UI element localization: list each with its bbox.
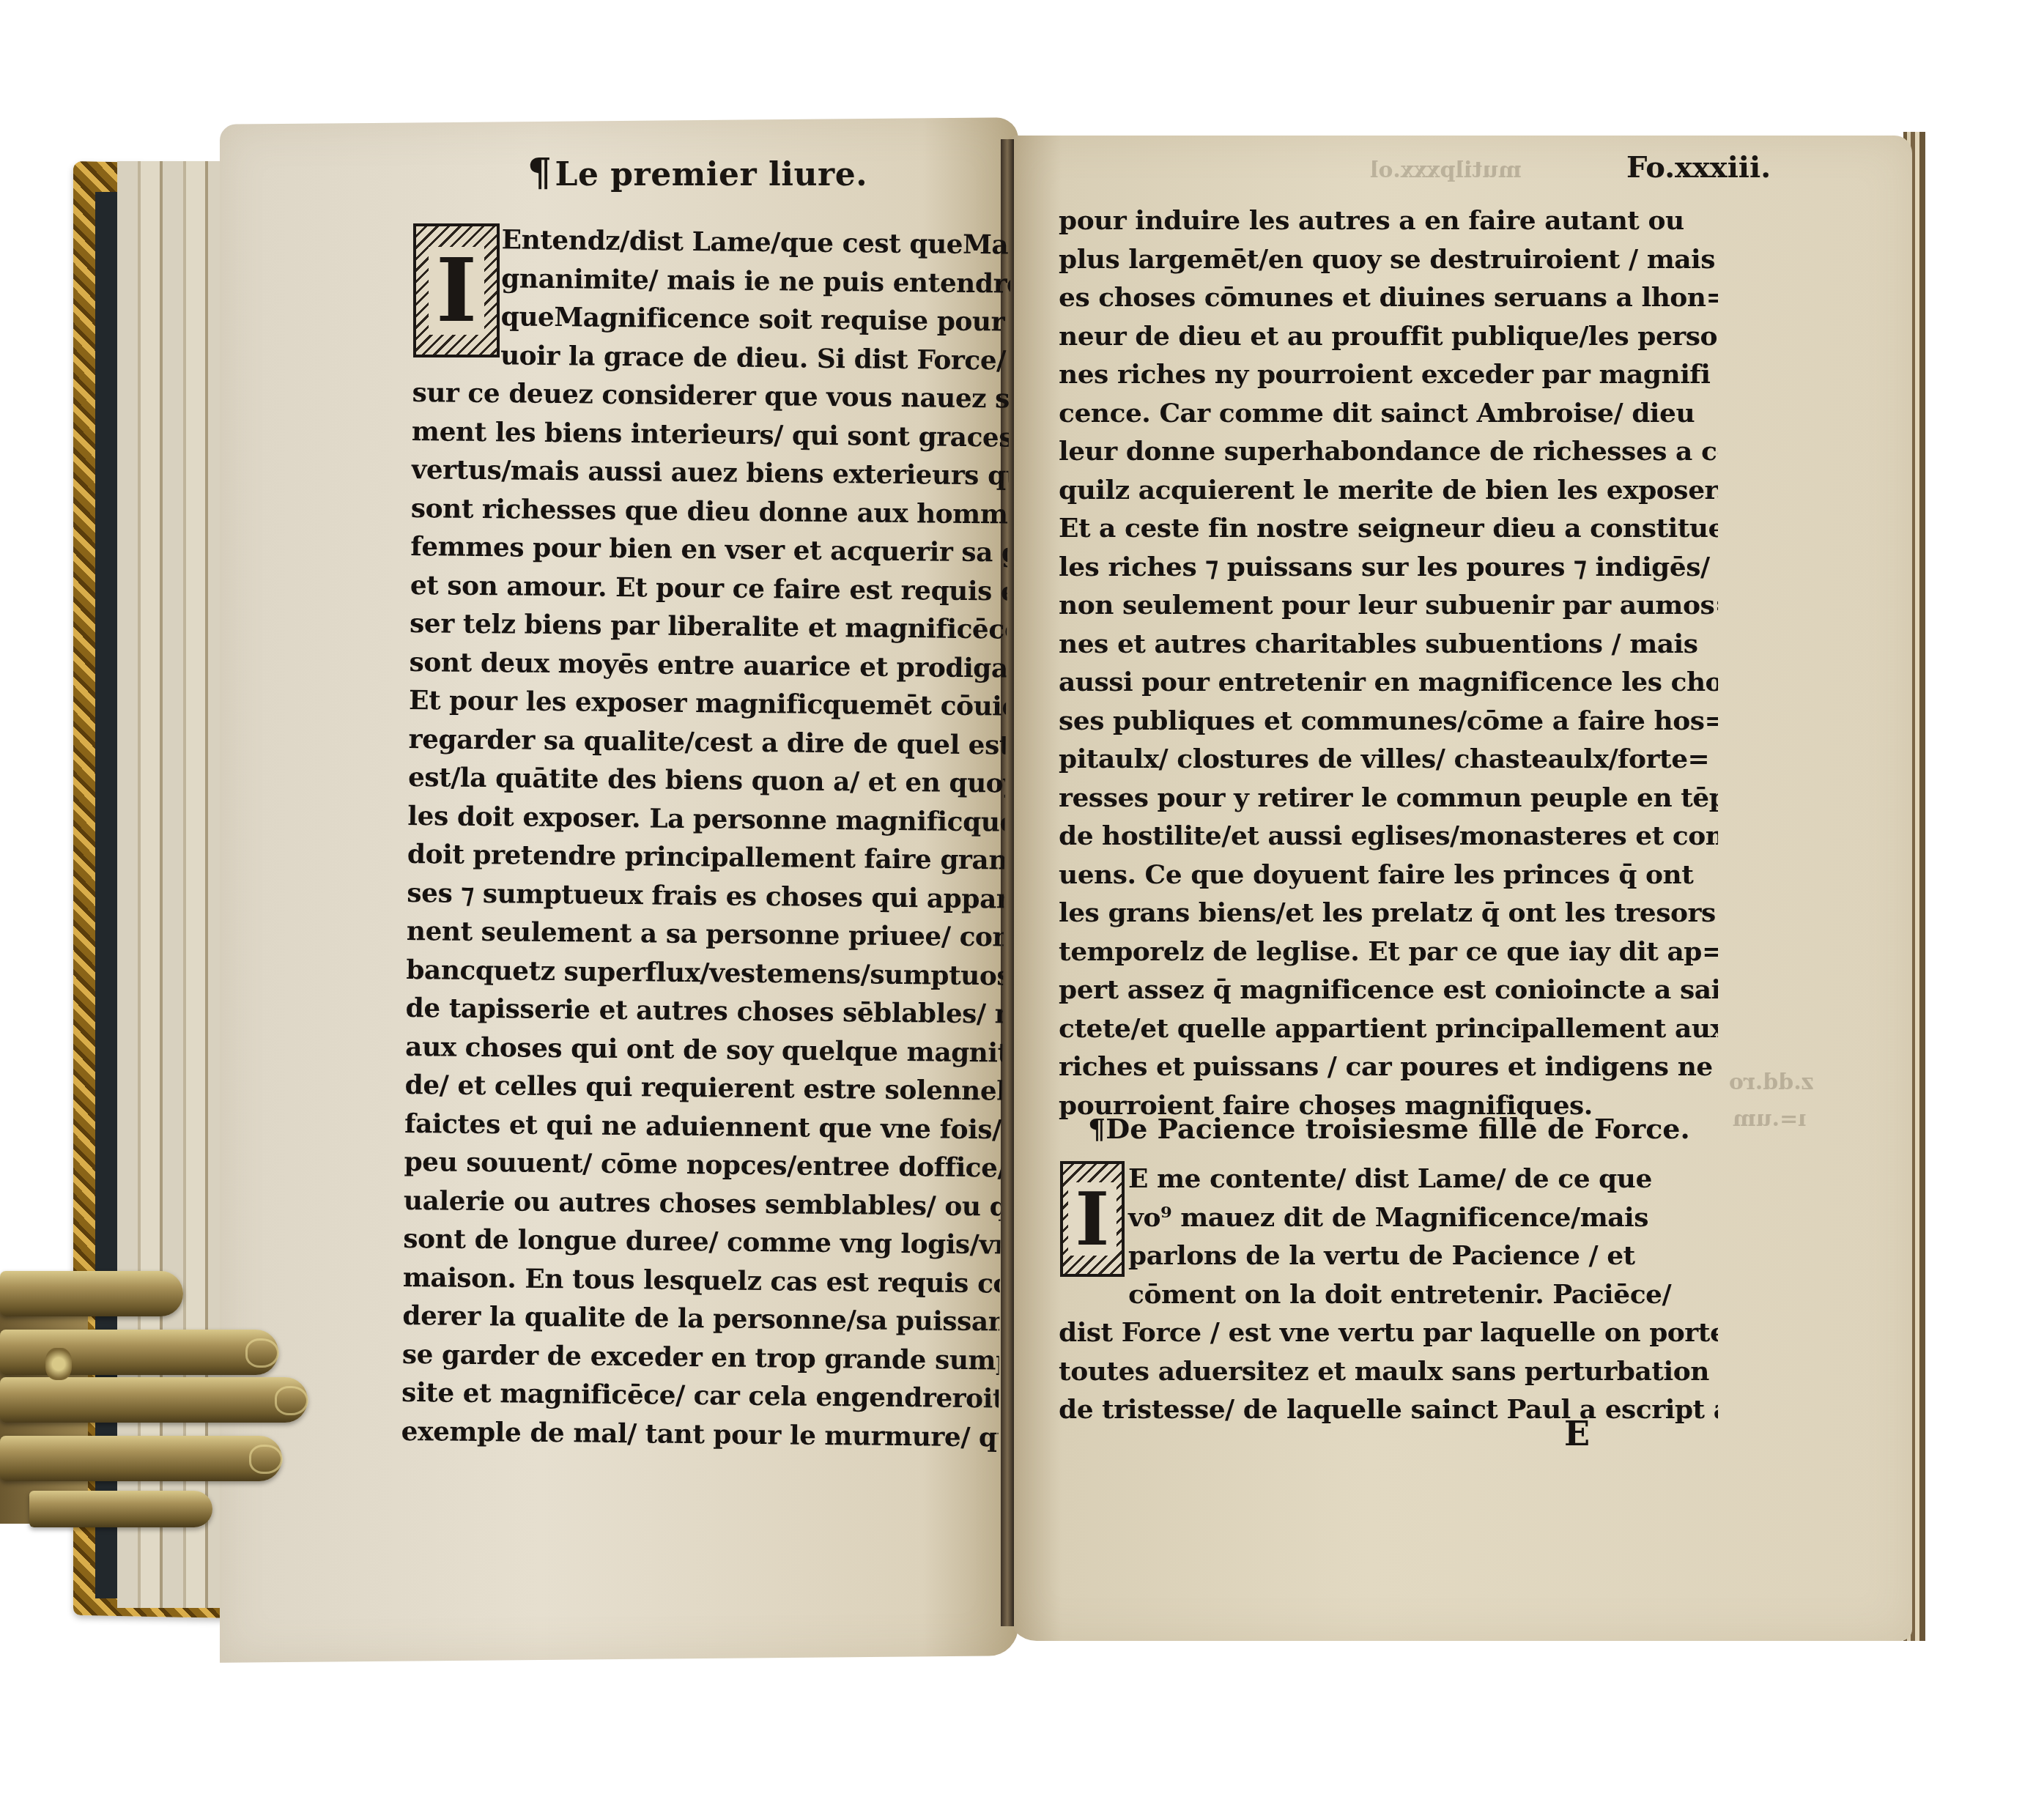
text-line: vertus/mais aussi auez biens exterieurs … <box>411 451 1009 495</box>
text-line: aux choses qui ont de soy quelque magnit… <box>405 1027 1003 1072</box>
text-line: bancquetz superflux/vestemens/sumptuosit… <box>406 950 1004 995</box>
text-line: nes riches ny pourroient exceder par mag… <box>1059 355 1718 394</box>
text-line: site et magnificēce/ car cela engendrero… <box>401 1374 999 1418</box>
folio-number: Fo.xxxiii. <box>1626 150 1771 185</box>
text-line: uoir la grace de dieu. Si dist Force/ et <box>412 335 1010 379</box>
text-line: femmes pour bien en vser et acquerir sa … <box>410 527 1008 572</box>
ring-finger <box>0 1436 282 1481</box>
text-line: sont de longue duree/ comme vng logis/vn… <box>403 1220 1001 1264</box>
text-line: nent seulement a sa personne priuee/ com… <box>407 912 1004 957</box>
signature-mark: E <box>1564 1414 1590 1453</box>
text-line: exemple de mal/ tant pour le murmure/ qu… <box>401 1412 999 1456</box>
text-line: queMagnificence soit requise pour a <box>412 297 1010 341</box>
thumb <box>0 1271 183 1316</box>
text-line: parlons de la vertu de Pacience / et <box>1059 1237 1718 1275</box>
text-line: et son amour. Et pour ce faire est requi… <box>410 566 1008 610</box>
text-line: ment les biens interieurs/ qui sont grac… <box>412 412 1010 456</box>
text-line: Et pour les exposer magnificquemēt cōuie… <box>409 681 1007 726</box>
text-line: est/la quātite des biens quon a/ et en q… <box>408 758 1006 803</box>
text-line: Entendz/dist Lame/que cest queMa <box>413 220 1011 264</box>
text-line: de tristesse/ de laquelle sainct Paul a … <box>1059 1390 1718 1429</box>
pilcrow-icon: ¶ <box>527 150 552 195</box>
text-line: gnanimite/ mais ie ne puis entendre <box>413 258 1011 303</box>
text-line: les grans biens/et les prelatz q̄ ont le… <box>1059 894 1718 933</box>
running-head-text: Le premier liure. <box>555 156 867 193</box>
text-line: vo⁹ mauez dit de Magnificence/mais <box>1059 1198 1718 1237</box>
text-line: de/ et celles qui requierent estre solen… <box>404 1066 1002 1111</box>
text-line: ses publiques et communes/cōme a faire h… <box>1059 702 1718 741</box>
brass-hand-bookholder <box>0 1238 352 1531</box>
text-line: ses ⁊ sumptueux frais es choses qui appa… <box>407 873 1004 918</box>
text-line: pour induire les autres a en faire autan… <box>1059 201 1718 240</box>
fingernail <box>245 1338 279 1368</box>
text-line: de hostilite/et aussi eglises/monasteres… <box>1059 817 1718 856</box>
text-line: sont richesses que dieu donne aux hommes… <box>411 489 1009 533</box>
text-line: toutes aduersitez et maulx sans perturba… <box>1059 1352 1718 1391</box>
fingernail <box>249 1445 283 1474</box>
text-line: es choses cōmunes et diuines seruans a l… <box>1059 278 1718 317</box>
text-line: cōment on la doit entretenir. Paciēce/ <box>1059 1275 1718 1314</box>
show-through-text: ı=.um <box>1733 1106 1807 1132</box>
show-through-text: mutilpxxx.ol <box>1370 157 1522 183</box>
book-photograph: mutilpxxx.ol z.dd.ro ı=.um ¶Le premier l… <box>0 0 2044 1794</box>
text-line: de tapisserie et autres choses sēblables… <box>405 989 1003 1034</box>
show-through-text: z.dd.ro <box>1729 1070 1814 1095</box>
left-text-column: Entendz/dist Lame/que cest queMa gnanimi… <box>401 220 1011 1456</box>
text-line: maison. En tous lesquelz cas est requis … <box>403 1258 1001 1302</box>
text-line: sont deux moyēs entre auarice et prodiga… <box>409 642 1007 687</box>
text-line: sur ce deuez considerer que vous nauez s… <box>412 374 1010 418</box>
index-finger <box>0 1330 278 1375</box>
text-line: temporelz de leglise. Et par ce que iay … <box>1059 933 1718 971</box>
text-line: aussi pour entretenir en magnificence le… <box>1059 663 1718 702</box>
text-line: dist Force / est vne vertu par laquelle … <box>1059 1313 1718 1352</box>
text-line: doit pretendre principallement faire gra… <box>407 835 1005 880</box>
little-finger <box>29 1491 212 1527</box>
text-line: faictes et qui ne aduiennent que vne foi… <box>404 1104 1002 1149</box>
text-line: leur donne superhabondance de richesses … <box>1059 432 1718 471</box>
text-line: derer la qualite de la personne/sa puiss… <box>402 1297 1000 1341</box>
text-line: E me contente/ dist Lame/ de ce que <box>1059 1160 1718 1198</box>
text-line: ser telz biens par liberalite et magnifi… <box>410 604 1007 649</box>
text-line: neur de dieu et au prouffit publique/les… <box>1059 317 1718 356</box>
text-line: les doit exposer. La personne magnificqu… <box>407 796 1005 841</box>
ring-icon <box>45 1348 72 1380</box>
text-line: ualerie ou autres choses semblables/ ou … <box>404 1181 1001 1226</box>
text-line: quilz acquierent le merite de bien les e… <box>1059 471 1718 510</box>
right-text-column: pour induire les autres a en faire autan… <box>1059 201 1718 1124</box>
text-line: ctete/et quelle appartient principalleme… <box>1059 1009 1718 1048</box>
text-line: riches et puissans / car poures et indig… <box>1059 1048 1718 1086</box>
middle-finger <box>0 1377 308 1423</box>
text-line: les riches ⁊ puissans sur les poures ⁊ i… <box>1059 548 1718 587</box>
text-line: resses pour y retirer le commun peuple e… <box>1059 779 1718 818</box>
running-head: ¶Le premier liure. <box>527 150 867 195</box>
text-line: nes et autres charitables subuentions / … <box>1059 625 1718 664</box>
text-line: plus largemēt/en quoy se destruiroient /… <box>1059 240 1718 279</box>
text-line: pert assez q̄ magnificence est conioinct… <box>1059 971 1718 1009</box>
right-text-column-continued: E me contente/ dist Lame/ de ce que vo⁹ … <box>1059 1160 1718 1429</box>
text-line: Et a ceste fin nostre seigneur dieu a co… <box>1059 509 1718 548</box>
fingernail <box>275 1386 308 1415</box>
text-line: cence. Car comme dit sainct Ambroise/ di… <box>1059 394 1718 433</box>
section-heading: ¶De Pacience troisiesme fille de Force. <box>1088 1112 1690 1145</box>
text-line: uens. Ce que doyuent faire les princes q… <box>1059 856 1718 894</box>
text-line: pitaulx/ clostures de villes/ chasteaulx… <box>1059 740 1718 779</box>
text-line: se garder de exceder en trop grande sump… <box>402 1335 1000 1379</box>
text-line: non seulement pour leur subuenir par aum… <box>1059 586 1718 625</box>
text-line: regarder sa qualite/cest a dire de quel … <box>408 719 1006 764</box>
text-line: peu souuent/ cōme nopces/entree doffice/… <box>404 1143 1001 1187</box>
